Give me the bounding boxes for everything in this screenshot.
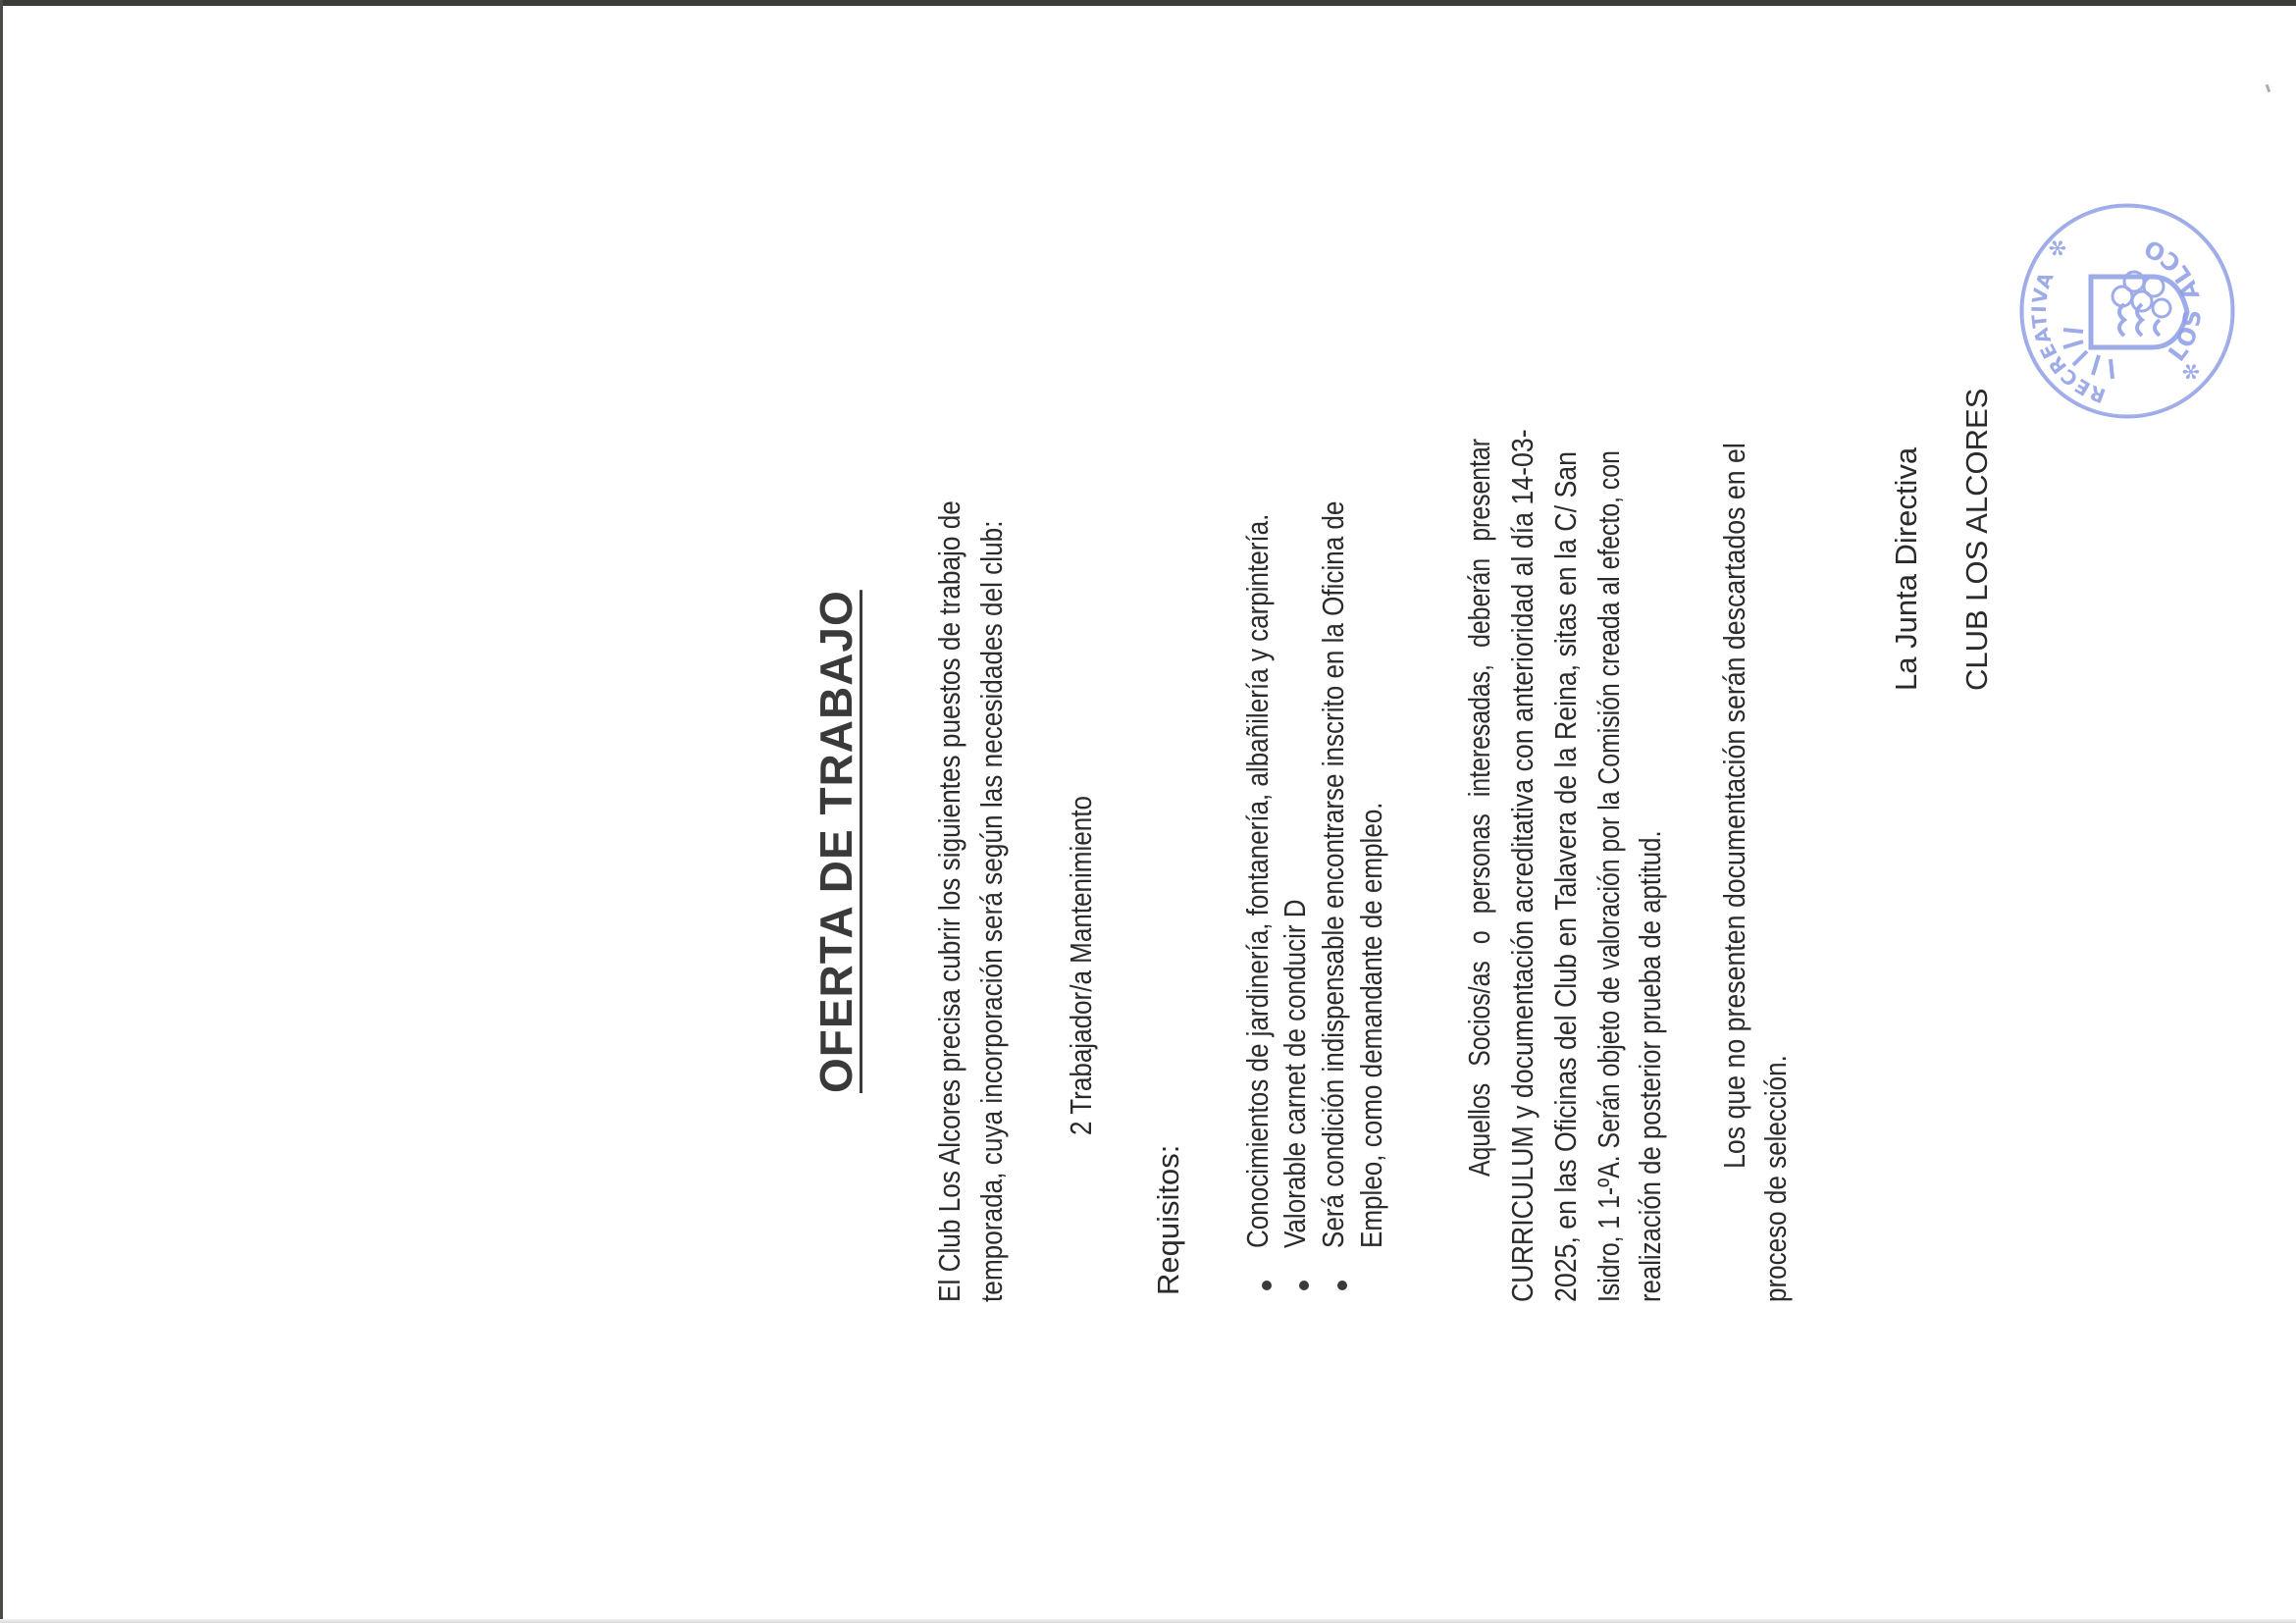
word: Aquellos: [1462, 1083, 1497, 1177]
requirement-item-continuation: Empleo, como demandante de empleo.: [1354, 802, 1389, 1248]
svg-text:✻: ✻: [2047, 239, 2071, 257]
scanned-page: OFERTA DE TRABAJO El Club Los Alcores pr…: [0, 0, 2296, 1623]
bullet-icon: [1262, 1281, 1272, 1290]
word: presentar: [1462, 439, 1497, 542]
exclusion-line-1: Los que no presenten documentación serán…: [1717, 443, 1752, 1169]
word: o: [1462, 930, 1497, 944]
application-line-5: realización de posterior prueba de aptit…: [1633, 830, 1668, 1302]
svg-text:RECREATIVA: RECREATIVA: [2027, 268, 2109, 407]
svg-text:✻: ✻: [2180, 363, 2205, 381]
word: personas: [1462, 813, 1497, 914]
word: Socios/as: [1462, 961, 1497, 1067]
exclusion-line-2: proceso de selección.: [1758, 1055, 1794, 1302]
application-line-2: CURRICULUM y documentación acreditativa …: [1505, 429, 1540, 1302]
requirement-item: Será condición indispensable encontrarse…: [1316, 501, 1351, 1248]
signature-line-2: CLUB LOS ALCORES: [1959, 389, 1995, 691]
signature-line-1: La Junta Directiva: [1889, 447, 1924, 691]
requirements-label: Requisitos:: [1151, 1145, 1186, 1295]
application-line-3: 2025, en las Oficinas del Club en Talave…: [1548, 451, 1584, 1302]
intro-line-2: temporada, cuya incorporación será según…: [974, 520, 1010, 1302]
bullet-icon: [1337, 1281, 1347, 1290]
document-title: OFERTA DE TRABAJO: [809, 590, 862, 1093]
document-sheet: OFERTA DE TRABAJO El Club Los Alcores pr…: [0, 0, 2296, 1623]
requirement-item: Conocimientos de jardinería, fontanería,…: [1240, 514, 1276, 1248]
scan-speck: [2266, 84, 2271, 93]
requirement-item: Valorable carnet de conducir D: [1278, 899, 1313, 1248]
svg-text:LOS ALCORES: LOS ALCORES: [2014, 233, 2207, 424]
job-position: 2 Trabajador/a Mantenimiento: [1064, 796, 1099, 1135]
bullet-icon: [1299, 1281, 1309, 1290]
word: interesadas,: [1462, 664, 1497, 797]
seal-icon: RECREATIVA LOS ALCORES ✻ ✻: [2014, 198, 2240, 424]
application-line-1: Aquellos Socios/as o personas interesada…: [1462, 439, 1497, 1177]
intro-line-1: El Club Los Alcores precisa cubrir los s…: [932, 500, 967, 1302]
club-seal-stamp: RECREATIVA LOS ALCORES ✻ ✻: [2014, 198, 2240, 424]
application-line-4: Isidro, 1 1-ºA. Serán objeto de valoraci…: [1592, 450, 1627, 1302]
word: deberán: [1462, 558, 1497, 648]
